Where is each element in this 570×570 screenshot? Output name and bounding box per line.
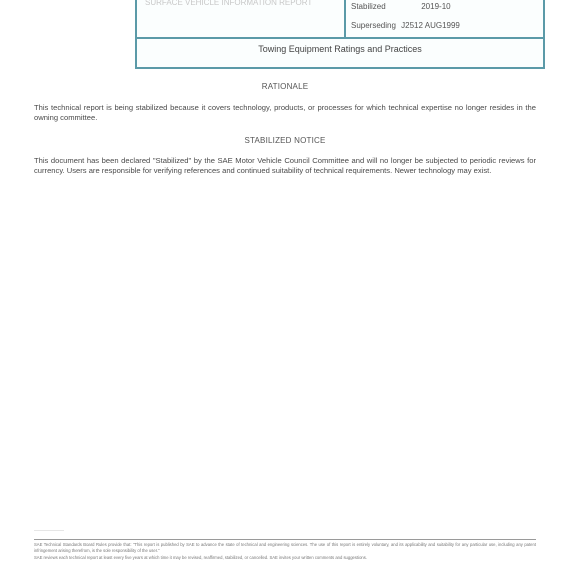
- rationale-heading: RATIONALE: [0, 82, 570, 91]
- stabilized-notice-heading: STABILIZED NOTICE: [0, 136, 570, 145]
- report-type-label: SURFACE VEHICLE INFORMATION REPORT: [145, 0, 312, 7]
- stabilized-notice-body: This document has been declared "Stabili…: [34, 156, 536, 176]
- footer-disclaimer: SAE Technical Standards Board Rules prov…: [34, 542, 536, 553]
- footer-divider: [34, 539, 536, 540]
- header-top-left-cell: SURFACE VEHICLE INFORMATION REPORT: [137, 0, 346, 37]
- document-title: Towing Equipment Ratings and Practices: [137, 44, 543, 54]
- meta-label: Stabilized: [351, 2, 419, 11]
- meta-label: Superseding: [351, 21, 396, 30]
- footer-faint-divider: [34, 530, 64, 531]
- meta-value: J2512 AUG1999: [401, 21, 460, 30]
- footer-review-notice: SAE reviews each technical report at lea…: [34, 555, 536, 561]
- meta-value: 2019-10: [421, 2, 450, 11]
- meta-row-superseding: Superseding J2512 AUG1999: [351, 21, 460, 30]
- document-header-box: SURFACE VEHICLE INFORMATION REPORT Stabi…: [135, 0, 545, 69]
- header-meta-cell: Stabilized 2019-10 Superseding J2512 AUG…: [351, 0, 539, 37]
- meta-row-stabilized: Stabilized 2019-10: [351, 2, 451, 11]
- header-top-row: SURFACE VEHICLE INFORMATION REPORT Stabi…: [137, 0, 543, 39]
- rationale-body: This technical report is being stabilize…: [34, 103, 536, 123]
